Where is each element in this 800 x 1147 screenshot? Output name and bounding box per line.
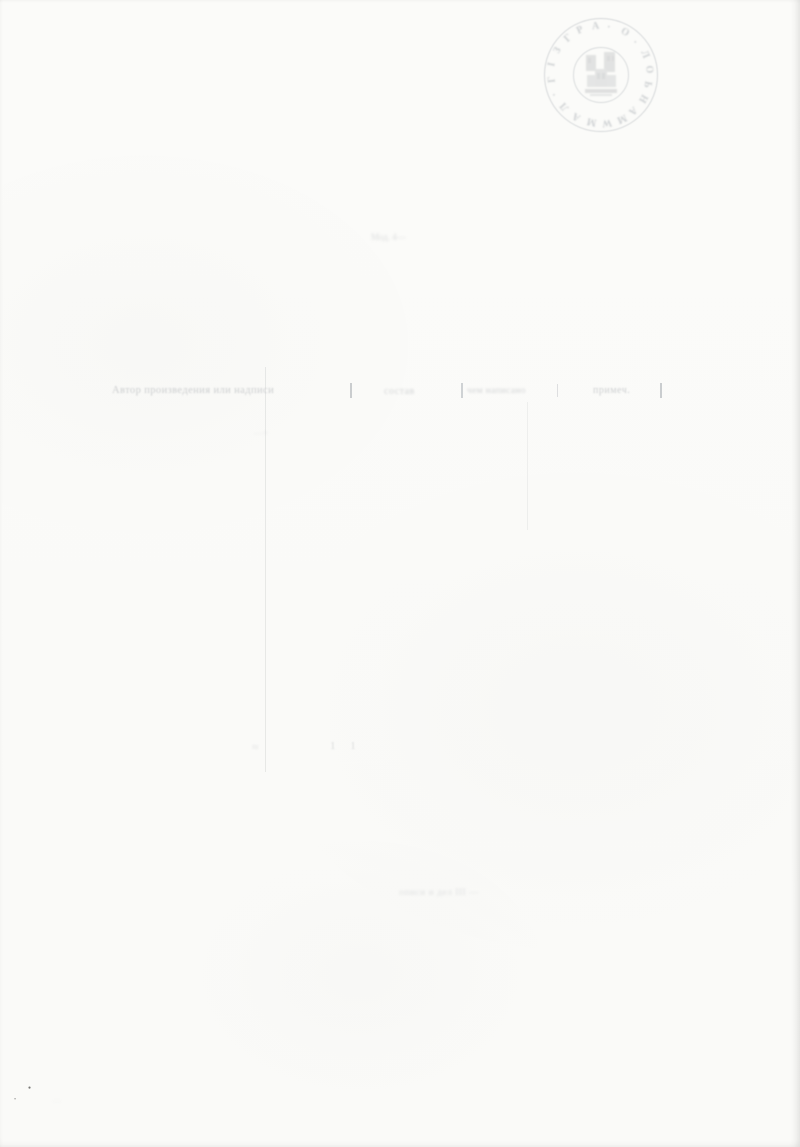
- handwritten-squiggle: ≈: [252, 740, 259, 755]
- faint-smudge-top: Мод. 4—: [371, 232, 406, 242]
- header-separator-4: [660, 383, 662, 398]
- stamp-ring-letter: W: [601, 116, 612, 128]
- header-separator-1: [350, 383, 352, 398]
- edge-tick: •: [14, 1097, 16, 1103]
- stamp-ring-letter: Ь: [641, 80, 653, 89]
- stamp-ring-letter: А: [591, 21, 599, 33]
- ink-dot: ●: [28, 1086, 31, 1091]
- header-separator-3: [557, 384, 558, 397]
- stamp-ring-letter: Г: [547, 76, 559, 83]
- circular-stamp: ЗГРА·О·ЛОЬНАМWМАЛ·ГІ: [544, 18, 658, 132]
- stamp-ring-letter: О: [643, 65, 655, 74]
- header-col-author: Автор произведения или надписи: [112, 385, 274, 396]
- crease-short: [527, 402, 528, 530]
- crease-vertical: [265, 367, 266, 772]
- faint-smudge-corner: …: [52, 1094, 62, 1105]
- tally-marks: 1 1: [330, 740, 362, 752]
- monastery-building-icon: [583, 49, 619, 99]
- header-col-2: состав: [384, 386, 415, 397]
- scanned-document-page: ЗГРА·О·ЛОЬНАМWМАЛ·ГІ Мод. 4—Автор произв…: [0, 0, 800, 1147]
- faint-smudge-bottom: описи и дел III —: [399, 888, 479, 898]
- header-col-3: чем написано: [467, 386, 526, 396]
- header-separator-2: [461, 383, 463, 398]
- header-col-4: примеч.: [593, 385, 630, 396]
